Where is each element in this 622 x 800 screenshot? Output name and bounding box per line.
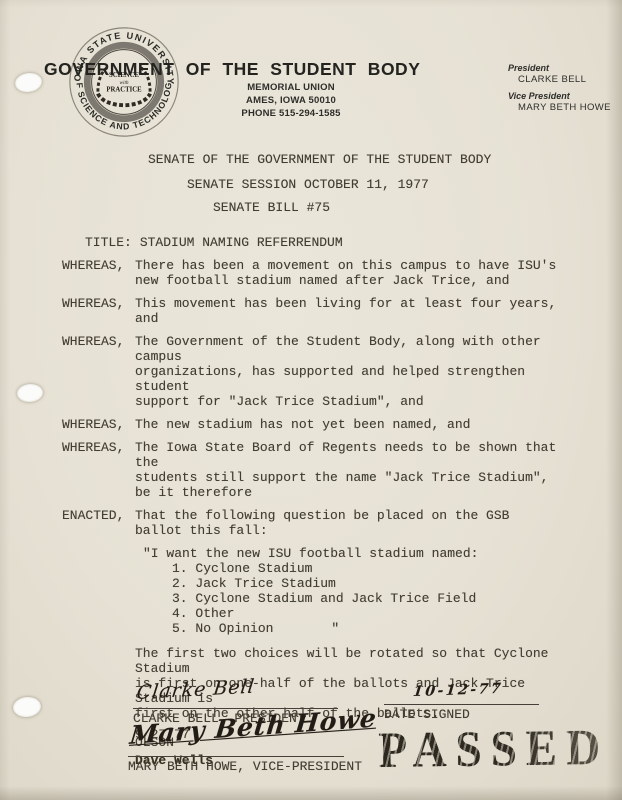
seal-motto-line3: PRACTICE [106,87,142,94]
president-signature: Clarke Bell [133,675,347,707]
clause-row: WHEREAS, The Iowa State Board of Regents… [62,440,582,500]
clause-row: WHEREAS, The Government of the Student B… [62,334,582,409]
ballot-option: 3. Cyclone Stadium and Jack Trice Field [172,591,582,606]
clause-list: WHEREAS, There has been a movement on th… [62,258,582,538]
punch-hole-middle [16,383,43,403]
letterhead-officers: President CLARKE BELL Vice President MAR… [508,63,618,119]
ballot-option: 5. No Opinion [172,621,273,636]
bill-title-line: TITLE:STADIUM NAMING REFERRENDUM [85,235,582,250]
clause-row: WHEREAS, There has been a movement on th… [62,258,582,288]
clause-text: This movement has been living for at lea… [135,296,582,326]
vice-president-signature: Mary Beth Howe [128,711,366,755]
date-signed-label: DATE SIGNED [384,707,544,722]
bill-title-text: STADIUM NAMING REFERRENDUM [140,235,343,250]
document-page: IOWA STATE UNIVERSITY OF SCIENCE AND TEC… [0,0,622,800]
vice-president-name: MARY BETH HOWE [508,102,618,113]
heading-bill-number: SENATE BILL #75 [213,200,582,215]
clause-text: The Government of the Student Body, alon… [135,334,582,409]
clause-label: ENACTED, [62,508,135,538]
bill-title-label: TITLE: [85,235,132,250]
heading-session: SENATE SESSION OCTOBER 11, 1977 [187,177,582,192]
clause-row: WHEREAS, This movement has been living f… [62,296,582,326]
vice-president-signature-block: Mary Beth Howe MARY BETH HOWE, VICE-PRES… [128,728,364,774]
clause-text: That the following question be placed on… [135,508,582,538]
clause-text: The new stadium has not yet been named, … [135,417,582,432]
ballot-option: 2. Jack Trice Stadium [172,576,582,591]
ballot-option-last: 5. No Opinion" [172,621,582,636]
university-seal-icon: IOWA STATE UNIVERSITY OF SCIENCE AND TEC… [66,24,182,140]
punch-hole-top [14,71,43,94]
clause-text: The Iowa State Board of Regents needs to… [135,440,582,500]
seal-wreath [98,94,150,106]
date-signed-line [384,704,539,705]
signature-area: Clarke Bell CLARKE BELL, PRESIDENT 10-12… [62,686,614,798]
clause-label: WHEREAS, [62,258,135,288]
date-signed-block: 10-12-77 DATE SIGNED [384,686,544,722]
president-title-label: President [508,63,618,73]
vice-president-signature-label: MARY BETH HOWE, VICE-PRESIDENT [128,759,364,774]
ballot-question: "I want the new ISU football stadium nam… [62,546,582,636]
president-name: CLARKE BELL [508,74,618,85]
vice-president-title-label: Vice President [508,91,618,101]
clause-label: WHEREAS, [62,296,135,326]
address-line-building: MEMORIAL UNION [222,81,360,94]
vice-president-signature-line [128,756,344,757]
clause-label: WHEREAS, [62,440,135,500]
ballot-closing-quote: " [331,621,339,636]
seal-motto-line2: with [119,80,128,86]
letterhead-address: MEMORIAL UNION AMES, IOWA 50010 PHONE 51… [222,81,360,120]
clause-row: WHEREAS, The new stadium has not yet bee… [62,417,582,432]
clause-label: WHEREAS, [62,417,135,432]
clause-text: There has been a movement on this campus… [135,258,582,288]
ballot-intro: "I want the new ISU football stadium nam… [143,546,582,561]
punch-hole-bottom [12,696,42,719]
ballot-option: 4. Other [172,606,582,621]
passed-stamp: PASSED [378,723,609,777]
organization-title: GOVERNMENT OF THE STUDENT BODY [44,59,420,80]
heading-senate: SENATE OF THE GOVERNMENT OF THE STUDENT … [148,152,582,167]
clause-row: ENACTED, That the following question be … [62,508,582,538]
ballot-option: 1. Cyclone Stadium [172,561,582,576]
address-line-city: AMES, IOWA 50010 [222,94,360,107]
address-line-phone: PHONE 515-294-1585 [222,107,360,120]
clause-label: WHEREAS, [62,334,135,409]
